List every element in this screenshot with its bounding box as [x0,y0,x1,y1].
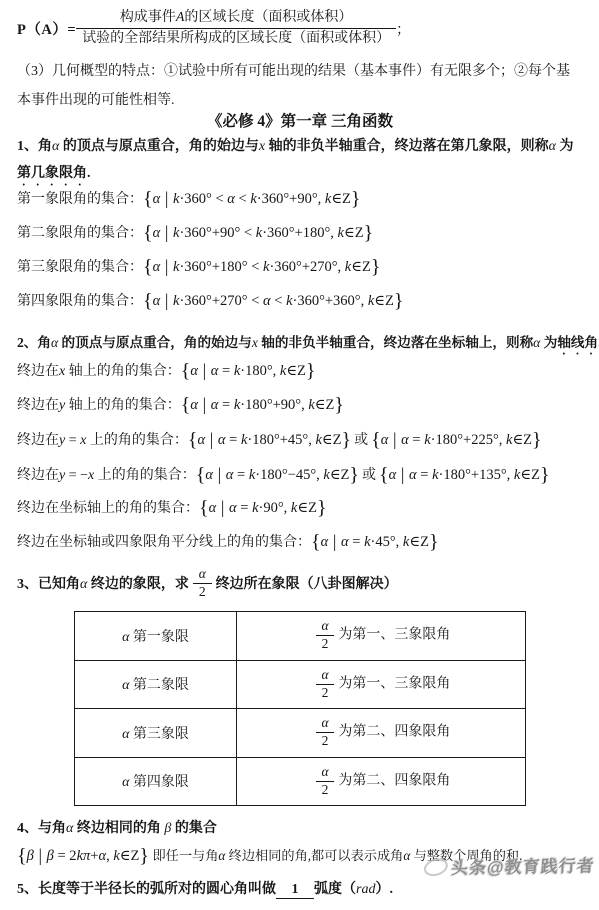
alpha-over-2-fraction: α2 [316,764,335,799]
numerator-pre: 构成事件 [120,10,176,25]
axis-set-line-5: 终边在坐标轴上的角的集合：{α | α = k·90°, k∈Z} [17,494,583,523]
alpha-over-2-fraction: α2 [316,667,335,702]
fraction-numerator: α [316,667,335,685]
formula-tail: ； [396,19,410,39]
axis-set-line-1: 终边在x 轴上的角的集合：{α | α = k·180°, k∈Z} [17,357,583,386]
set-label: 第三象限角的集合： [17,260,143,275]
fraction-denominator: 2 [316,733,335,750]
quadrant-set-line-3: 第三象限角的集合：{α | k·360°+180° < k·360°+270°,… [17,253,583,282]
item-3-text-before: 3、已知角α 终边的象限，求 [17,573,189,593]
chapter-title: 《必修 4》第一章 三角函数 [17,109,583,131]
set-label: 终边在坐标轴上的角的集合： [17,501,199,516]
set-formula: {α | α = k·90°, k∈Z} [199,500,327,516]
quadrant-table: α 第一象限 α2为第一、三象限角 α 第二象限 α2为第一、三象限角 α 第三… [74,611,526,806]
set-label: 终边在y = x 上的角的集合： [17,433,188,448]
table-cell-left: α 第三象限 [75,709,237,758]
alpha-over-2-fraction: α2 [316,715,335,750]
table-row: α 第三象限 α2为第二、四象限角 [75,709,526,758]
probability-formula: P（A）= 构成事件A的区域长度（面积或体积） 试验的全部结果所构成的区域长度（… [17,8,583,50]
set-formula-2: {α | α = k·180°+135°, k∈Z} [379,467,550,483]
set-label: 终边在坐标轴或四象限角平分线上的角的集合： [17,535,311,550]
or-connector [439,535,445,550]
set-formula: {α | k·360°+90° < k·360°+180°, k∈Z} [143,225,373,241]
item-5-text-before: 5、长度等于半径长的弧所对的圆心角叫做 [17,882,276,897]
beta-set-formula: {β | β = 2kπ+α, k∈Z} [17,848,149,864]
axis-set-line-3: 终边在y = x 上的角的集合：{α | α = k·180°+45°, k∈Z… [17,426,583,455]
set-formula: {α | α = k·45°, k∈Z} [311,534,439,550]
fraction-denominator: 2 [316,636,335,653]
or-connector: 或 [359,468,379,483]
fraction-denominator: 试验的全部结果所构成的区域长度（面积或体积） [76,29,396,49]
fraction-denominator: 2 [316,782,335,799]
item-5-text-after: 弧度（rad）. [314,882,393,897]
set-formula: {α | α = k·180°, k∈Z} [181,363,316,379]
item-2-emphasized-term: 轴线角 [557,335,598,350]
item-1-period: . [87,166,91,181]
item-1-text: 1、角α 的顶点与原点重合，角的始边与x 轴的非负半轴重合，终边落在第几象限，则… [17,139,573,154]
watermark: 头条@教育践行者 [423,852,596,880]
quadrant-set-line-4: 第四象限角的集合：{α | k·360°+270° < α < k·360°+3… [17,287,583,316]
table-row: α 第一象限 α2为第一、三象限角 [75,612,526,661]
or-connector [316,364,322,379]
watermark-text: 头条@教育践行者 [451,852,596,880]
fraction-numerator: α [316,715,335,733]
set-label: 终边在x 轴上的角的集合： [17,364,181,379]
table-row: α 第二象限 α2为第一、三象限角 [75,660,526,709]
set-formula: {α | α = k·180°+45°, k∈Z} [188,432,351,448]
quadrant-set-line-2: 第二象限角的集合：{α | k·360°+90° < k·360°+180°, … [17,219,583,248]
table-cell-text: 为第二、四象限角 [338,725,450,740]
item-3-text-after: 终边所在象限（八卦图解决） [216,573,398,593]
fraction-denominator: 2 [193,584,212,601]
set-formula: {α | α = k·180°+90°, k∈Z} [181,397,344,413]
table-cell-text: 为第二、四象限角 [338,773,450,788]
item-1: 1、角α 的顶点与原点重合，角的始边与x 轴的非负半轴重合，终边落在第几象限，则… [17,133,583,189]
set-formula: {α | k·360°+180° < k·360°+270°, k∈Z} [143,259,380,275]
fill-in-blank-value: 1 [276,883,314,899]
axis-set-line-6: 终边在坐标轴或四象限角平分线上的角的集合：{α | α = k·45°, k∈Z… [17,528,583,557]
set-formula: {α | k·360°+270° < α < k·360°+360°, k∈Z} [143,293,404,309]
table-cell-right: α2为第一、三象限角 [237,612,526,661]
alpha-over-2-fraction: α2 [316,618,335,653]
set-formula: {α | k·360° < α < k·360°+90°, k∈Z} [143,191,361,207]
or-connector: 或 [351,433,371,448]
table-cell-left: α 第一象限 [75,612,237,661]
table-cell-right: α2为第一、三象限角 [237,660,526,709]
quadrant-set-line-1: 第一象限角的集合：{α | k·360° < α < k·360°+90°, k… [17,185,583,214]
item-2-text: 2、角α 的顶点与原点重合，角的始边与x 轴的非负半轴重合，终边落在坐标轴上，则… [17,335,557,350]
numerator-post: 的区域长度（面积或体积） [184,10,352,25]
set-label: 终边在y 轴上的角的集合： [17,398,181,413]
item-4-heading: 4、与角α 终边相同的角 β 的集合 [17,817,583,837]
item-4-text: 4、与角α 终边相同的角 β 的集合 [17,821,217,836]
watermark-logo-icon [423,856,450,878]
set-formula: {α | α = k·180°−45°, k∈Z} [196,467,359,483]
alpha-over-2-fraction: α 2 [193,566,212,601]
table-cell-right: α2为第二、四象限角 [237,709,526,758]
item-3: 3、已知角α 终边的象限，求 α 2 终边所在象限（八卦图解决） [17,566,583,601]
set-label: 终边在y = −x 上的角的集合： [17,468,196,483]
table-cell-left: α 第二象限 [75,660,237,709]
formula-lhs: P（A）= [17,18,76,39]
set-label: 第一象限角的集合： [17,192,143,207]
document-page: P（A）= 构成事件A的区域长度（面积或体积） 试验的全部结果所构成的区域长度（… [0,0,599,910]
table-cell-text: 为第一、三象限角 [338,676,450,691]
axis-set-line-2: 终边在y 轴上的角的集合：{α | α = k·180°+90°, k∈Z} [17,391,583,420]
fraction-numerator: 构成事件A的区域长度（面积或体积） [76,8,396,29]
fraction-denominator: 2 [316,685,335,702]
item-5: 5、长度等于半径长的弧所对的圆心角叫做1弧度（rad）. [17,878,583,899]
or-connector [327,501,333,516]
geometric-model-paragraph: （3）几何概型的特点：①试验中所有可能出现的结果（基本事件）有无限多个；②每个基… [17,57,583,115]
fraction-numerator: α [193,566,212,584]
table-cell-left: α 第四象限 [75,757,237,806]
fraction: 构成事件A的区域长度（面积或体积） 试验的全部结果所构成的区域长度（面积或体积） [76,8,396,50]
fraction-numerator: α [316,618,335,636]
table-row: α 第四象限 α2为第二、四象限角 [75,757,526,806]
set-label: 第二象限角的集合： [17,226,143,241]
item-1-emphasized-term: 第几象限角 [17,166,87,181]
table-cell-right: α2为第二、四象限角 [237,757,526,806]
set-formula-2: {α | α = k·180°+225°, k∈Z} [371,432,542,448]
set-label: 第四象限角的集合： [17,294,143,309]
or-connector [344,398,350,413]
fraction-numerator: α [316,764,335,782]
axis-set-line-4: 终边在y = −x 上的角的集合：{α | α = k·180°−45°, k∈… [17,461,583,490]
table-cell-text: 为第一、三象限角 [338,628,450,643]
item-2: 2、角α 的顶点与原点重合，角的始边与x 轴的非负半轴重合，终边落在坐标轴上，则… [17,329,583,358]
